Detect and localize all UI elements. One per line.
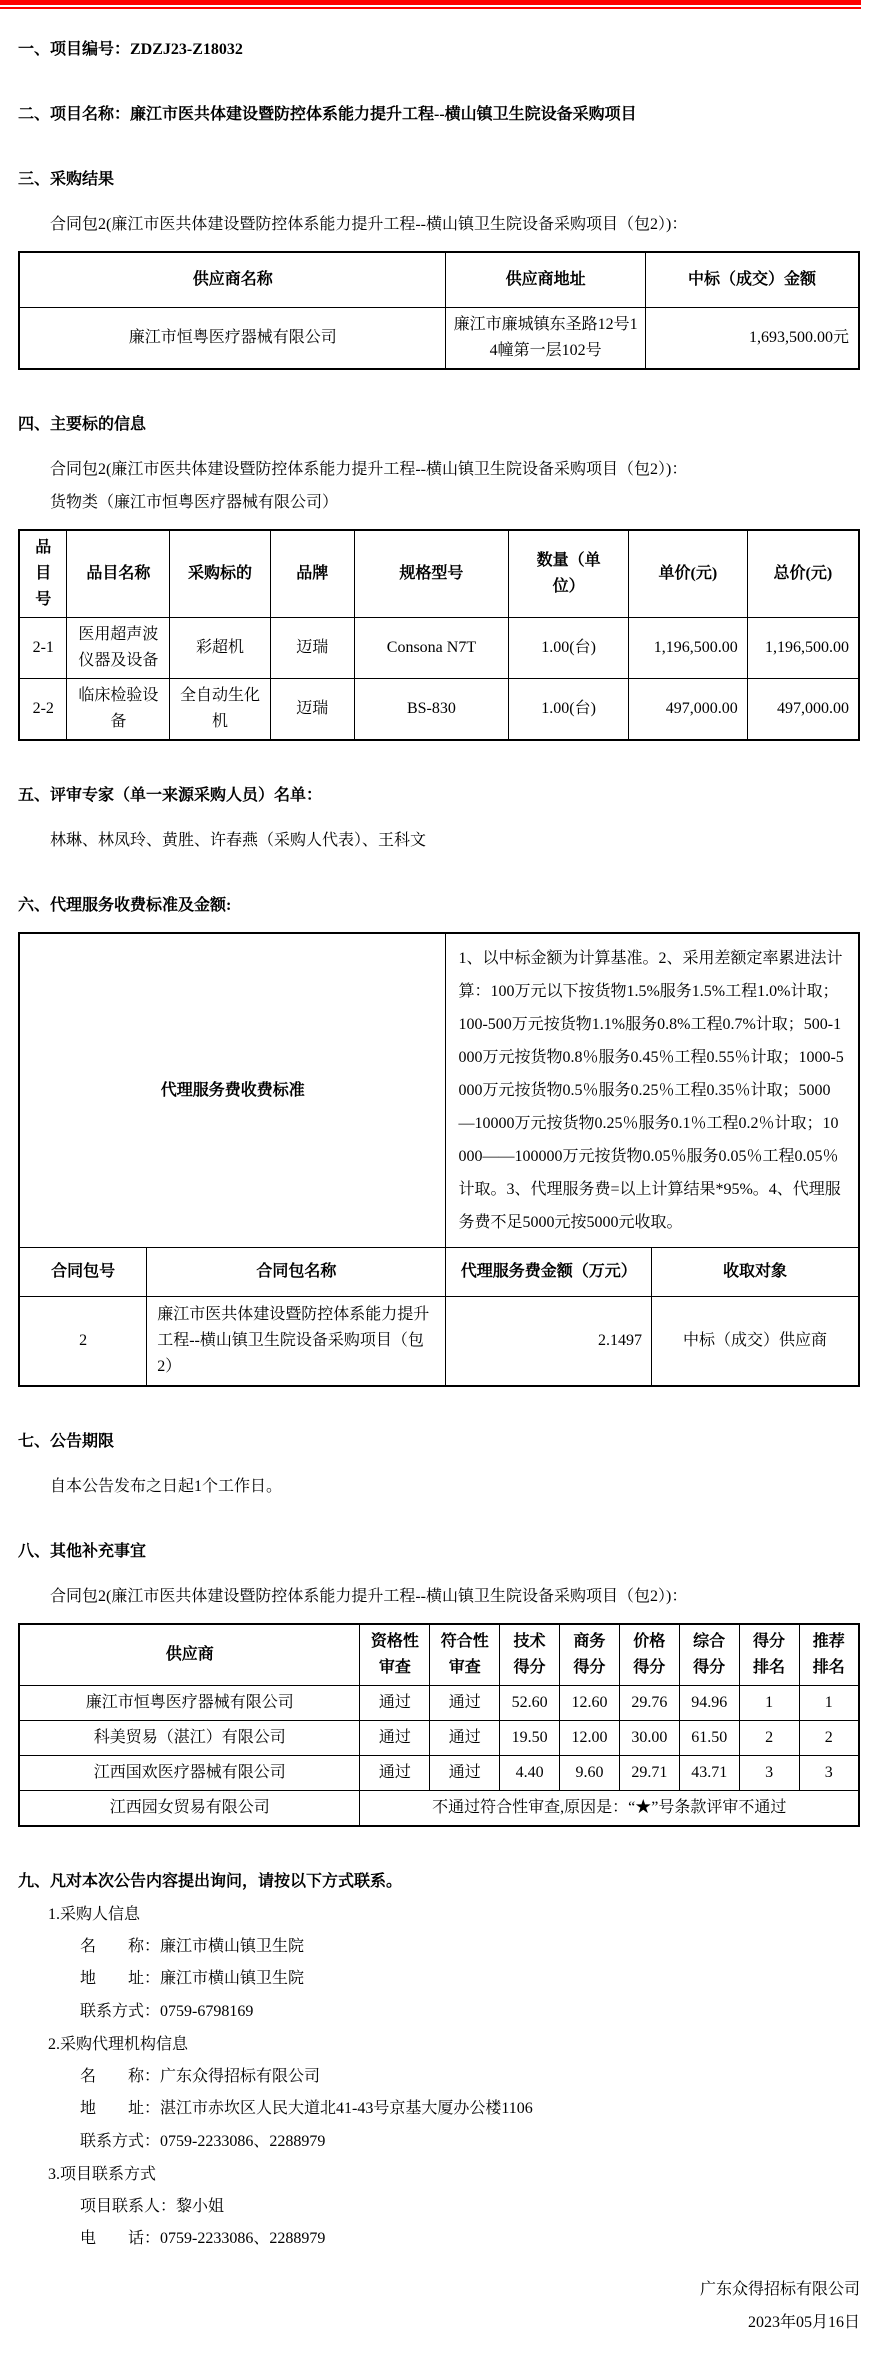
eval-qualification: 通过 — [360, 1721, 430, 1756]
procurement-result-table: 供应商名称 供应商地址 中标（成交）金额 廉江市恒粤医疗器械有限公司 廉江市廉城… — [18, 251, 860, 370]
section-3-procurement-result: 三、采购结果 — [18, 169, 860, 190]
eval-header-qualification-review: 资格性审查 — [360, 1624, 430, 1686]
eval-table-failed-row: 江西园女贸易有限公司 不通过符合性审查,原因是：“★”号条款评审不通过 — [19, 1791, 859, 1827]
item-no: 2-1 — [19, 618, 67, 679]
items-header-item-no: 品目号 — [19, 530, 67, 618]
eval-header-conformity-review: 符合性审查 — [430, 1624, 500, 1686]
eval-business-score: 12.60 — [560, 1686, 620, 1721]
project-contact-phone: 电 话：0759-2233086、2288979 — [80, 2228, 860, 2249]
eval-price-score: 30.00 — [619, 1721, 679, 1756]
eval-recommend-rank: 1 — [799, 1686, 859, 1721]
section-8-other-matters: 八、其他补充事宜 — [18, 1541, 860, 1562]
eval-table-row-2: 科美贸易（湛江）有限公司 通过 通过 19.50 12.00 30.00 61.… — [19, 1721, 859, 1756]
item-subject: 彩超机 — [170, 618, 271, 679]
agency-name: 名 称：广东众得招标有限公司 — [80, 2066, 860, 2087]
section-7-announcement-period: 七、公告期限 — [18, 1431, 860, 1452]
eval-qualification: 通过 — [360, 1756, 430, 1791]
eval-header-price-score: 价格得分 — [619, 1624, 679, 1686]
project-contact-heading: 3.项目联系方式 — [48, 2164, 860, 2185]
eval-technical-score: 4.40 — [500, 1756, 560, 1791]
project-contact-person: 项目联系人：黎小姐 — [80, 2196, 860, 2217]
result-table-data-row: 廉江市恒粤医疗器械有限公司 廉江市廉城镇东圣路12号14幢第一层102号 1,6… — [19, 308, 859, 370]
section-1-project-number: 一、项目编号：ZDZJ23-Z18032 — [18, 39, 860, 60]
fee-standard-description: 1、以中标金额为计算基准。2、采用差额定率累进法计算：100万元以下按货物1.5… — [446, 933, 859, 1248]
eval-supplier: 江西国欢医疗器械有限公司 — [19, 1756, 360, 1791]
section-2-project-name: 二、项目名称：廉江市医共体建设暨防控体系能力提升工程--横山镇卫生院设备采购项目 — [18, 104, 860, 125]
item-spec-model: Consona N7T — [354, 618, 509, 679]
eval-recommend-rank: 3 — [799, 1756, 859, 1791]
section-4-package-intro: 合同包2(廉江市医共体建设暨防控体系能力提升工程--横山镇卫生院设备采购项目（包… — [50, 459, 860, 480]
result-header-award-amount: 中标（成交）金额 — [645, 252, 859, 308]
top-red-rule-thick — [0, 0, 861, 5]
section-8-package-intro: 合同包2(廉江市医共体建设暨防控体系能力提升工程--横山镇卫生院设备采购项目（包… — [50, 1586, 860, 1607]
result-header-supplier-address: 供应商地址 — [446, 252, 646, 308]
fee-header-charged-party: 收取对象 — [651, 1248, 859, 1297]
supplier-evaluation-table: 供应商 资格性审查 符合性审查 技术得分 商务得分 价格得分 综合得分 得分排名… — [18, 1623, 860, 1827]
fee-header-fee-amount: 代理服务费金额（万元） — [446, 1248, 652, 1297]
result-award-amount: 1,693,500.00元 — [645, 308, 859, 370]
result-supplier-address: 廉江市廉城镇东圣路12号14幢第一层102号 — [446, 308, 646, 370]
eval-score-rank: 1 — [739, 1686, 799, 1721]
buyer-contact-phone: 联系方式：0759-6798169 — [80, 2001, 860, 2022]
item-quantity: 1.00(台) — [509, 679, 629, 741]
items-header-item-name: 品目名称 — [67, 530, 170, 618]
section-4-goods-category: 货物类（廉江市恒粤医疗器械有限公司） — [50, 492, 860, 513]
item-name: 临床检验设备 — [67, 679, 170, 741]
item-subject: 全自动生化机 — [170, 679, 271, 741]
items-header-total-price: 总价(元) — [747, 530, 859, 618]
item-total-price: 1,196,500.00 — [747, 618, 859, 679]
fee-package-no: 2 — [19, 1297, 147, 1387]
items-header-spec-model: 规格型号 — [354, 530, 509, 618]
agency-address: 地 址：湛江市赤坎区人民大道北41-43号京基大厦办公楼1106 — [80, 2098, 860, 2119]
eval-table-row-3: 江西国欢医疗器械有限公司 通过 通过 4.40 9.60 29.71 43.71… — [19, 1756, 859, 1791]
eval-header-technical-score: 技术得分 — [500, 1624, 560, 1686]
eval-price-score: 29.71 — [619, 1756, 679, 1791]
item-quantity: 1.00(台) — [509, 618, 629, 679]
eval-table-row-1: 廉江市恒粤医疗器械有限公司 通过 通过 52.60 12.60 29.76 94… — [19, 1686, 859, 1721]
eval-conformity: 通过 — [430, 1721, 500, 1756]
eval-price-score: 29.76 — [619, 1686, 679, 1721]
eval-supplier: 廉江市恒粤医疗器械有限公司 — [19, 1686, 360, 1721]
section-7-period-text: 自本公告发布之日起1个工作日。 — [50, 1476, 860, 1497]
item-no: 2-2 — [19, 679, 67, 741]
fee-charged-party: 中标（成交）供应商 — [651, 1297, 859, 1387]
eval-score-rank: 3 — [739, 1756, 799, 1791]
subject-items-table: 品目号 品目名称 采购标的 品牌 规格型号 数量（单位） 单价(元) 总价(元)… — [18, 529, 860, 741]
buyer-address: 地 址：廉江市横山镇卫生院 — [80, 1968, 860, 1989]
procurement-announcement-page: 一、项目编号：ZDZJ23-Z18032 二、项目名称：廉江市医共体建设暨防控体… — [0, 0, 878, 2367]
agency-contact-phone: 联系方式：0759-2233086、2288979 — [80, 2131, 860, 2152]
fee-standard-label: 代理服务费收费标准 — [19, 933, 446, 1248]
items-header-unit-price: 单价(元) — [629, 530, 748, 618]
eval-header-recommend-rank: 推荐排名 — [799, 1624, 859, 1686]
eval-technical-score: 52.60 — [500, 1686, 560, 1721]
items-table-header-row: 品目号 品目名称 采购标的 品牌 规格型号 数量（单位） 单价(元) 总价(元) — [19, 530, 859, 618]
item-brand: 迈瑞 — [270, 618, 354, 679]
eval-qualification: 通过 — [360, 1686, 430, 1721]
buyer-info-heading: 1.采购人信息 — [48, 1904, 860, 1925]
section-4-main-subject-info: 四、主要标的信息 — [18, 414, 860, 435]
item-name: 医用超声波仪器及设备 — [67, 618, 170, 679]
section-9-contact-info: 九、凡对本次公告内容提出询问，请按以下方式联系。 — [18, 1871, 860, 1892]
eval-header-supplier: 供应商 — [19, 1624, 360, 1686]
eval-overall-score: 43.71 — [679, 1756, 739, 1791]
items-header-quantity-unit: 数量（单位） — [509, 530, 629, 618]
items-table-row-2: 2-2 临床检验设备 全自动生化机 迈瑞 BS-830 1.00(台) 497,… — [19, 679, 859, 741]
fee-amount: 2.1497 — [446, 1297, 652, 1387]
eval-overall-score: 61.50 — [679, 1721, 739, 1756]
items-header-procurement-subject: 采购标的 — [170, 530, 271, 618]
items-table-row-1: 2-1 医用超声波仪器及设备 彩超机 迈瑞 Consona N7T 1.00(台… — [19, 618, 859, 679]
items-header-brand: 品牌 — [270, 530, 354, 618]
item-spec-model: BS-830 — [354, 679, 509, 741]
result-header-supplier-name: 供应商名称 — [19, 252, 446, 308]
fee-table-data-row: 2 廉江市医共体建设暨防控体系能力提升工程--横山镇卫生院设备采购项目（包2） … — [19, 1297, 859, 1387]
fee-header-package-name: 合同包名称 — [147, 1248, 446, 1297]
item-unit-price: 497,000.00 — [629, 679, 748, 741]
fee-table-header-row: 合同包号 合同包名称 代理服务费金额（万元） 收取对象 — [19, 1248, 859, 1297]
item-unit-price: 1,196,500.00 — [629, 618, 748, 679]
eval-conformity: 通过 — [430, 1686, 500, 1721]
eval-table-header-row: 供应商 资格性审查 符合性审查 技术得分 商务得分 价格得分 综合得分 得分排名… — [19, 1624, 859, 1686]
fee-package-name: 廉江市医共体建设暨防控体系能力提升工程--横山镇卫生院设备采购项目（包2） — [147, 1297, 446, 1387]
announcement-content: 一、项目编号：ZDZJ23-Z18032 二、项目名称：廉江市医共体建设暨防控体… — [0, 39, 878, 2367]
section-5-expert-names: 林琳、林凤玲、黄胜、许春燕（采购人代表）、王科文 — [50, 830, 860, 851]
result-table-header-row: 供应商名称 供应商地址 中标（成交）金额 — [19, 252, 859, 308]
top-red-rule-thin — [0, 7, 861, 9]
section-6-agency-fee: 六、代理服务收费标准及金额: — [18, 895, 860, 916]
item-brand: 迈瑞 — [270, 679, 354, 741]
eval-failed-reason: 不通过符合性审查,原因是：“★”号条款评审不通过 — [360, 1791, 859, 1827]
eval-header-overall-score: 综合得分 — [679, 1624, 739, 1686]
eval-overall-score: 94.96 — [679, 1686, 739, 1721]
eval-technical-score: 19.50 — [500, 1721, 560, 1756]
eval-recommend-rank: 2 — [799, 1721, 859, 1756]
eval-conformity: 通过 — [430, 1756, 500, 1791]
footer-agency-company: 广东众得招标有限公司 — [18, 2279, 860, 2300]
buyer-name: 名 称：廉江市横山镇卫生院 — [80, 1936, 860, 1957]
eval-failed-supplier: 江西园女贸易有限公司 — [19, 1791, 360, 1827]
footer-publish-date: 2023年05月16日 — [18, 2312, 860, 2333]
eval-supplier: 科美贸易（湛江）有限公司 — [19, 1721, 360, 1756]
section-5-review-experts: 五、评审专家（单一来源采购人员）名单： — [18, 785, 860, 806]
item-total-price: 497,000.00 — [747, 679, 859, 741]
agency-fee-table: 代理服务费收费标准 1、以中标金额为计算基准。2、采用差额定率累进法计算：100… — [18, 932, 860, 1387]
eval-business-score: 12.00 — [560, 1721, 620, 1756]
fee-standard-row: 代理服务费收费标准 1、以中标金额为计算基准。2、采用差额定率累进法计算：100… — [19, 933, 859, 1248]
eval-header-score-rank: 得分排名 — [739, 1624, 799, 1686]
eval-score-rank: 2 — [739, 1721, 799, 1756]
result-supplier-name: 廉江市恒粤医疗器械有限公司 — [19, 308, 446, 370]
eval-header-business-score: 商务得分 — [560, 1624, 620, 1686]
eval-business-score: 9.60 — [560, 1756, 620, 1791]
fee-header-package-no: 合同包号 — [19, 1248, 147, 1297]
section-3-package-intro: 合同包2(廉江市医共体建设暨防控体系能力提升工程--横山镇卫生院设备采购项目（包… — [50, 214, 860, 235]
agency-info-heading: 2.采购代理机构信息 — [48, 2034, 860, 2055]
